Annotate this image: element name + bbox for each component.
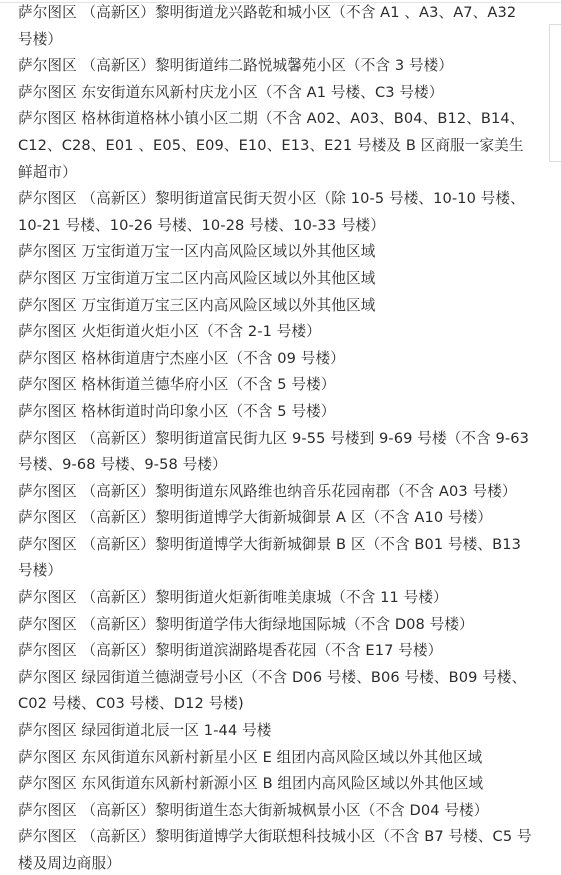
list-item: 萨尔图区 （高新区）黎明街道学伟大街绿地国际城（不含 D08 号楼） [18,612,533,639]
list-item: 萨尔图区 格林街道格林小镇小区二期（不含 A02、A03、B04、B12、B14… [18,106,533,186]
list-item: 萨尔图区 （高新区）黎明街道富民街天贺小区（除 10-5 号楼、10-10 号楼… [18,186,533,239]
list-item: 萨尔图区 火炬街道火炬小区（不含 2-1 号楼） [18,319,533,346]
list-item: 萨尔图区 万宝街道万宝二区内高风险区域以外其他区域 [18,266,533,293]
list-item: 萨尔图区 格林街道唐宁杰座小区（不含 09 号楼） [18,346,533,373]
list-item: 萨尔图区 东安街道东风新村庆龙小区（不含 A1 号楼、C3 号楼） [18,80,533,107]
list-item: 萨尔图区 万宝街道万宝一区内高风险区域以外其他区域 [18,239,533,266]
list-item: 萨尔图区 绿园街道北辰一区 1-44 号楼 [18,718,533,745]
list-item: 萨尔图区 （高新区）黎明街道富民街九区 9-55 号楼到 9-69 号楼（不含 … [18,426,533,479]
list-item: 萨尔图区 绿园街道兰德湖壹号小区（不含 D06 号楼、B06 号楼、B09 号楼… [18,665,533,718]
list-item: 萨尔图区 （高新区）黎明街道博学大街新城御景 A 区（不含 A10 号楼） [18,505,533,532]
list-item: 萨尔图区 东风街道东风新村新源小区 B 组团内高风险区域以外其他区域 [18,771,533,798]
list-item: 萨尔图区 （高新区）黎明街道滨湖路堤香花园（不含 E17 号楼） [18,638,533,665]
list-item: 萨尔图区 格林街道兰德华府小区（不含 5 号楼） [18,372,533,399]
list-item: 萨尔图区 （高新区）黎明街道火炬新街唯美康城（不含 11 号楼） [18,585,533,612]
list-item: 萨尔图区 东风街道东风新村新星小区 E 组团内高风险区域以外其他区域 [18,745,533,772]
list-item: 萨尔图区 （高新区）黎明街道生态大街新城枫景小区（不含 D04 号楼） [18,798,533,825]
side-panel-edge [549,24,561,162]
list-item: 萨尔图区 格林街道时尚印象小区（不含 5 号楼） [18,399,533,426]
list-item: 萨尔图区 （高新区）黎明街道纬二路悦城馨苑小区（不含 3 号楼） [18,53,533,80]
list-item: 萨尔图区 （高新区）黎明街道东风路维也纳音乐花园南郡（不含 A03 号楼） [18,479,533,506]
area-list-document: 萨尔图区 （高新区）黎明街道龙兴路乾和城小区（不含 A1 、A3、A7、A32 … [18,0,533,875]
list-item: 萨尔图区 万宝街道万宝三区内高风险区域以外其他区域 [18,293,533,320]
list-item: 萨尔图区 （高新区）黎明街道龙兴路乾和城小区（不含 A1 、A3、A7、A32 … [18,0,533,53]
list-item: 萨尔图区 （高新区）黎明街道博学大街新城御景 B 区（不含 B01 号楼、B13… [18,532,533,585]
list-item: 萨尔图区 （高新区）黎明街道博学大街联想科技城小区（不含 B7 号楼、C5 号楼… [18,824,533,875]
